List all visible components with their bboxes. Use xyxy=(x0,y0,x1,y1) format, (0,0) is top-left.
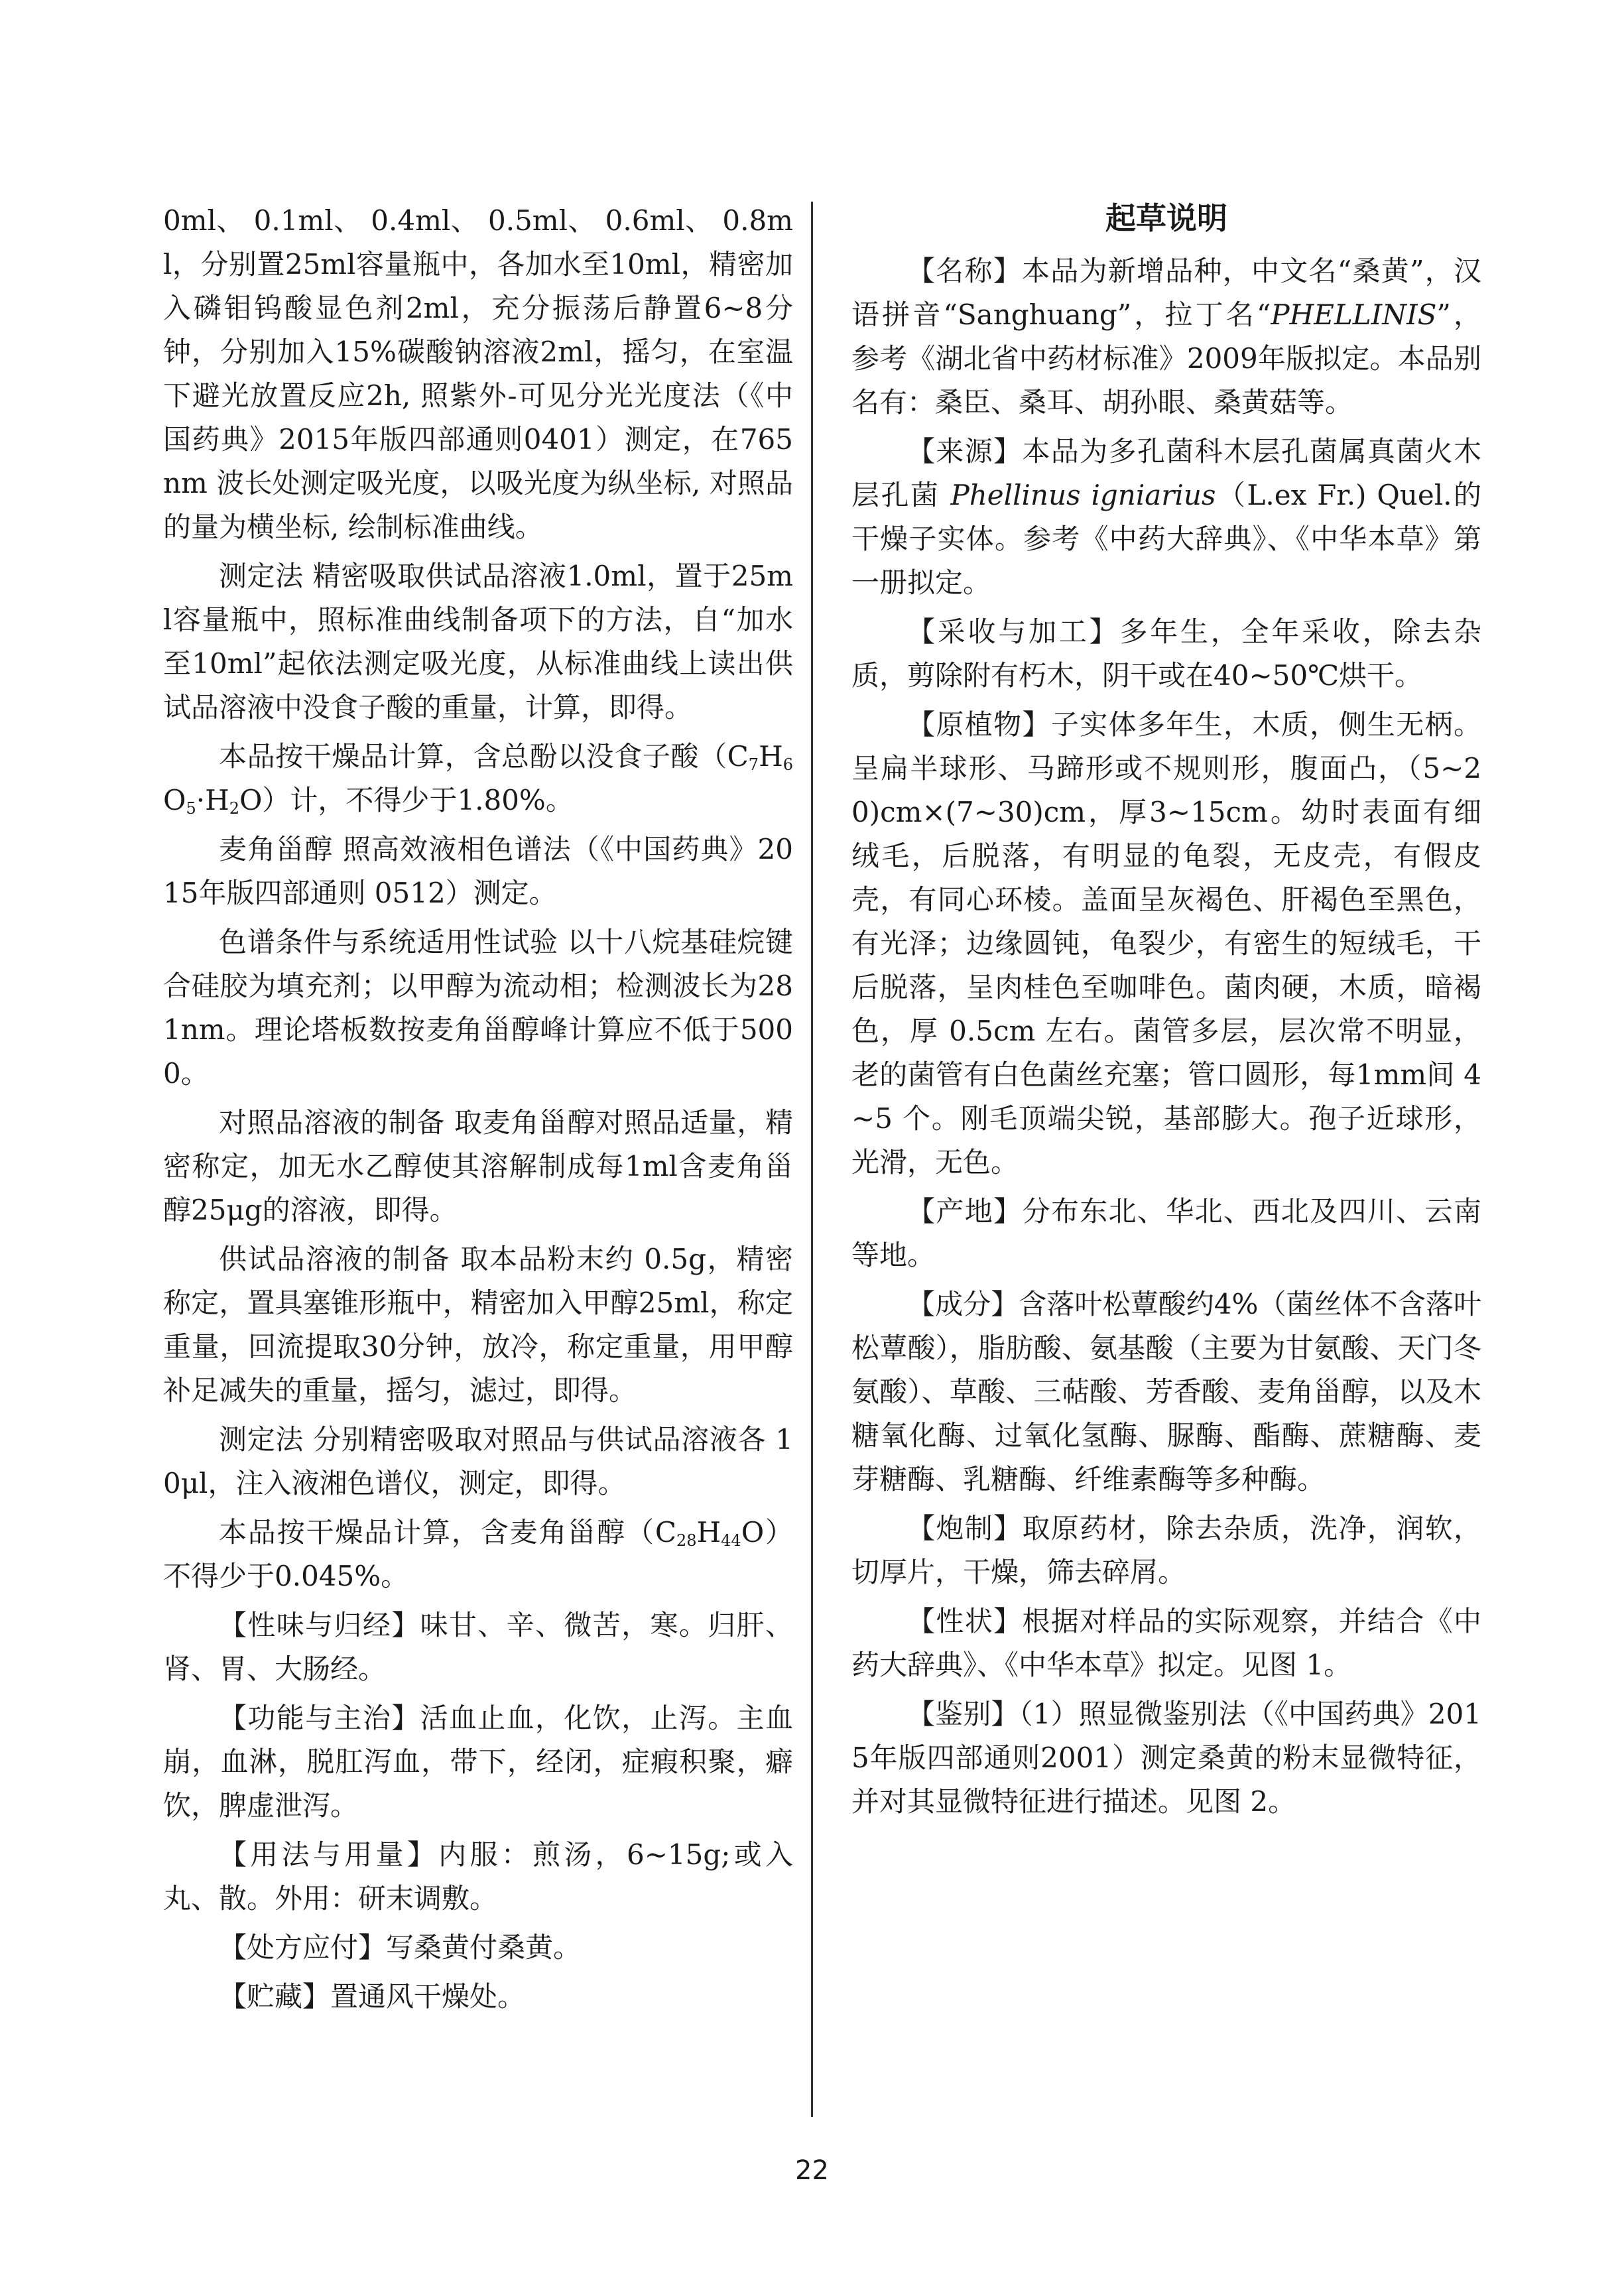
usage-dosage-paragraph: 【用法与用量】内服：煎汤，6~15g;或入丸、散。外用：研末调敷。 xyxy=(163,1833,793,1921)
original-plant-paragraph: 【原植物】子实体多年生，木质，侧生无柄。呈扁半球形、马蹄形或不规则形，腹面凸，（… xyxy=(851,703,1481,1184)
ergosterol-method-paragraph: 麦角甾醇 照高效液相色谱法（《中国药典》2015年版四部通则 0512）测定。 xyxy=(163,828,793,915)
source-paragraph: 【来源】本品为多孔菌科木层孔菌属真菌火木层孔菌 Phellinus igniar… xyxy=(851,430,1481,605)
assay-method-paragraph: 测定法 精密吸取供试品溶液1.0ml，置于25ml容量瓶中，照标准曲线制备项下的… xyxy=(163,554,793,729)
page-number: 22 xyxy=(0,2155,1624,2186)
function-indication-paragraph: 【功能与主治】活血止血，化饮，止泻。主血崩，血淋，脱肛泻血，带下，经闭，症瘕积聚… xyxy=(163,1696,793,1828)
nature-meridian-paragraph: 【性味与归经】味甘、辛、微苦，寒。归肝、肾、胃、大肠经。 xyxy=(163,1604,793,1691)
ergosterol-limit-paragraph: 本品按干燥品计算，含麦角甾醇（C28H44O）不得少于0.045%。 xyxy=(163,1511,793,1598)
prescription-paragraph: 【处方应付】写桑黄付桑黄。 xyxy=(163,1926,793,1970)
components-paragraph: 【成分】含落叶松蕈酸约4%（菌丝体不含落叶松蕈酸），脂肪酸、氨基酸（主要为甘氨酸… xyxy=(851,1283,1481,1501)
column-divider xyxy=(811,202,813,2117)
latin-name: PHELLINIS xyxy=(1271,298,1436,331)
origin-paragraph: 【产地】分布东北、华北、西北及四川、云南等地。 xyxy=(851,1190,1481,1277)
hplc-assay-paragraph: 测定法 分别精密吸取对照品与供试品溶液各 10μl，注入液湘色谱仪，测定，即得。 xyxy=(163,1418,793,1505)
processing-paragraph: 【炮制】取原药材，除去杂质，洗净，润软，切厚片，干燥，筛去碎屑。 xyxy=(851,1507,1481,1594)
total-phenol-limit-paragraph: 本品按干燥品计算，含总酚以没食子酸（C7H6O5·H2O）计，不得少于1.80%… xyxy=(163,735,793,822)
name-paragraph: 【名称】本品为新增品种，中文名“桑黄”，汉语拼音“Sanghuang”，拉丁名“… xyxy=(851,249,1481,424)
chromatography-conditions-paragraph: 色谱条件与系统适用性试验 以十八烷基硅烷键合硅胶为填充剂；以甲醇为流动相；检测波… xyxy=(163,920,793,1096)
identification-paragraph: 【鉴别】（1）照显微鉴别法（《中国药典》2015年版四部通则2001）测定桑黄的… xyxy=(851,1692,1481,1824)
left-column: 0ml、 0.1ml、 0.4ml、 0.5ml、 0.6ml、 0.8ml，分… xyxy=(163,199,793,2024)
storage-paragraph: 【贮藏】置通风干燥处。 xyxy=(163,1975,793,2019)
test-solution-paragraph: 供试品溶液的制备 取本品粉末约 0.5g，精密称定，置具塞锥形瓶中，精密加入甲醇… xyxy=(163,1237,793,1413)
right-column: 起草说明 【名称】本品为新增品种，中文名“桑黄”，汉语拼音“Sanghuang”… xyxy=(851,196,1481,1829)
standard-curve-paragraph: 0ml、 0.1ml、 0.4ml、 0.5ml、 0.6ml、 0.8ml，分… xyxy=(163,199,793,549)
harvest-paragraph: 【采收与加工】多年生，全年采收，除去杂质，剪除附有朽木，阴干或在40~50℃烘干… xyxy=(851,610,1481,698)
reference-solution-paragraph: 对照品溶液的制备 取麦角甾醇对照品适量，精密称定，加无水乙醇使其溶解制成每1ml… xyxy=(163,1101,793,1232)
section-title: 起草说明 xyxy=(851,196,1481,240)
species-name: Phellinus igniarius xyxy=(950,479,1216,511)
properties-paragraph: 【性状】根据对样品的实际观察，并结合《中药大辞典》、《中华本草》拟定。见图 1。 xyxy=(851,1600,1481,1687)
